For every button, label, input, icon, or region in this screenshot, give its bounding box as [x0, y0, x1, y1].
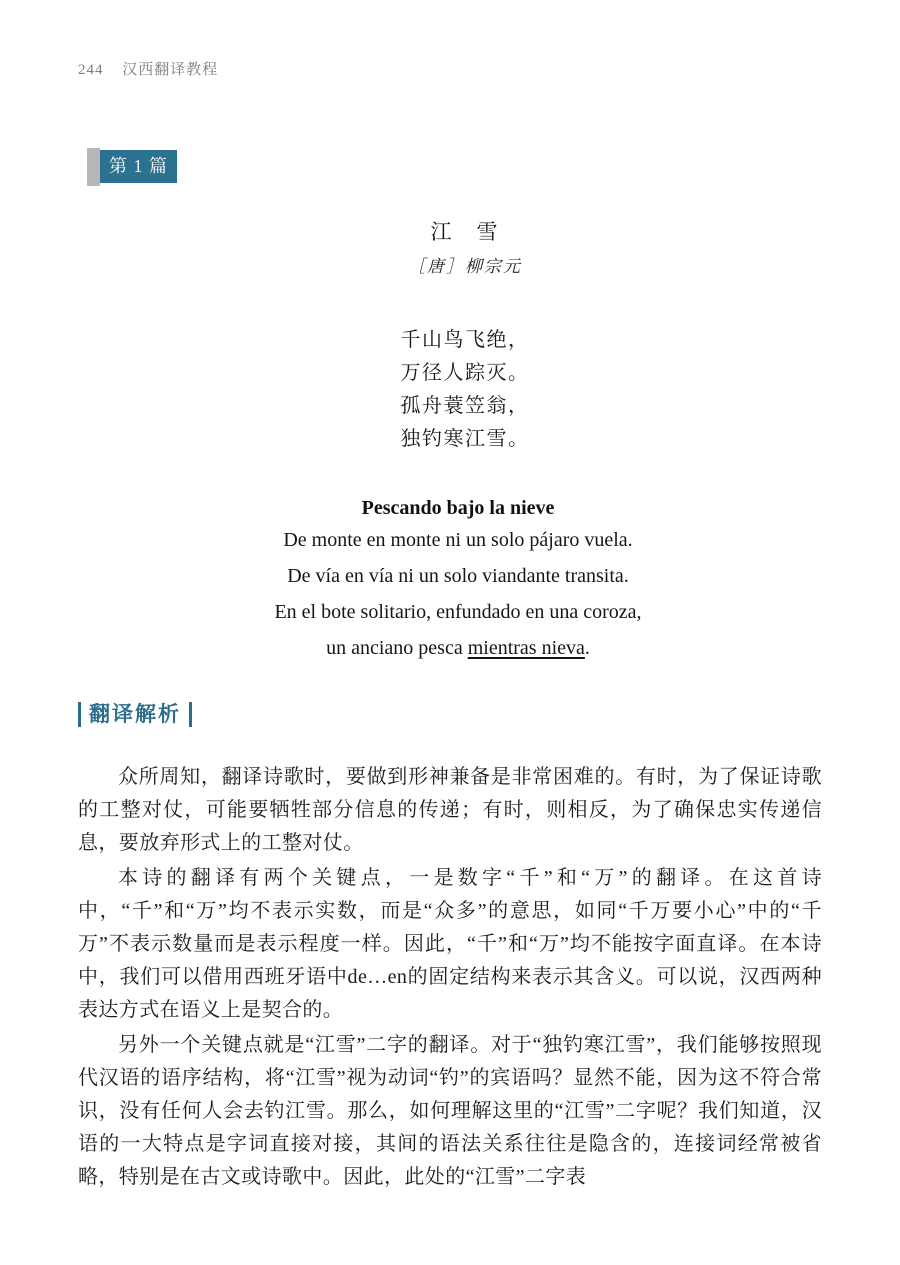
chapter-badge: 第 1 篇 [100, 150, 177, 183]
translation-line: un anciano pesca mientras nieva. [94, 630, 822, 666]
book-title: 汉西翻译教程 [122, 62, 218, 78]
poem-author: ［唐］柳宗元 [108, 255, 822, 279]
translation-line-prefix: un anciano pesca [326, 637, 468, 659]
chapter-badge-side-bar [87, 148, 100, 186]
translation-title: Pescando bajo la nieve [94, 494, 822, 522]
chinese-poem-block: 江 雪 ［唐］柳宗元 千山鸟飞绝， 万径人踪灭。 孤舟蓑笠翁， 独钓寒江雪。 [78, 219, 822, 456]
translation-line: De vía en vía ni un solo viandante trans… [94, 558, 822, 594]
book-page: 244 汉西翻译教程 第 1 篇 江 雪 ［唐］柳宗元 千山鸟飞绝， 万径人踪灭… [0, 0, 900, 1265]
poem-lines: 千山鸟飞绝， 万径人踪灭。 孤舟蓑笠翁， 独钓寒江雪。 [401, 324, 530, 456]
chapter-badge-row: 第 1 篇 [87, 148, 822, 186]
heading-left-bar [78, 702, 81, 727]
running-header: 244 汉西翻译教程 [78, 60, 822, 80]
poem-line: 孤舟蓑笠翁， [401, 390, 530, 423]
page-number: 244 [78, 62, 104, 78]
analysis-paragraph: 本诗的翻译有两个关键点，一是数字“千”和“万”的翻译。在这首诗中，“千”和“万”… [78, 862, 822, 1027]
heading-right-bar [189, 702, 192, 727]
poem-title: 江 雪 [108, 219, 822, 246]
poem-line: 独钓寒江雪。 [401, 423, 530, 456]
translation-line: De monte en monte ni un solo pájaro vuel… [94, 522, 822, 558]
translation-lines: De monte en monte ni un solo pájaro vuel… [94, 522, 822, 666]
translation-line-suffix: . [585, 637, 590, 659]
poem-line: 千山鸟飞绝， [401, 324, 530, 357]
analysis-paragraph: 众所周知，翻译诗歌时，要做到形神兼备是非常困难的。有时，为了保证诗歌的工整对仗，… [78, 761, 822, 860]
analysis-heading-text: 翻译解析 [89, 700, 181, 728]
analysis-paragraph: 另外一个关键点就是“江雪”二字的翻译。对于“独钓寒江雪”，我们能够按照现代汉语的… [78, 1029, 822, 1194]
analysis-section-heading: 翻译解析 [78, 700, 822, 728]
poem-line: 万径人踪灭。 [401, 357, 530, 390]
analysis-body: 众所周知，翻译诗歌时，要做到形神兼备是非常困难的。有时，为了保证诗歌的工整对仗，… [78, 761, 822, 1194]
translation-line-underlined-phrase: mientras nieva [468, 637, 585, 659]
spanish-translation-block: Pescando bajo la nieve De monte en monte… [78, 494, 822, 666]
translation-line: En el bote solitario, enfundado en una c… [94, 594, 822, 630]
